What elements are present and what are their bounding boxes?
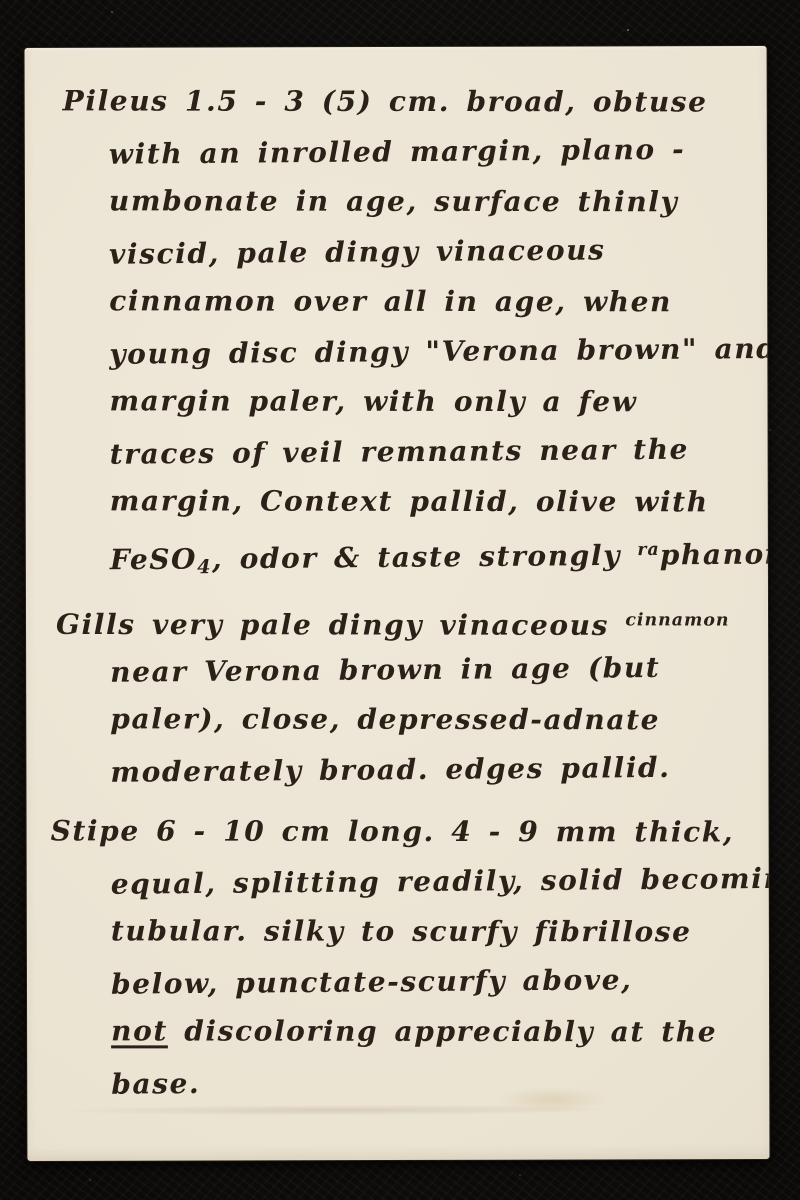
handwritten-line: near Verona brown in age (but: [110, 642, 760, 698]
line-feso4-odor: FeSO4, odor & taste strongly raphanoid.: [110, 524, 760, 580]
handwritten-line: moderately broad. edges pallid.: [110, 742, 760, 798]
underlined-word-not: not: [111, 1014, 168, 1047]
chemical-formula: FeSO: [110, 543, 197, 577]
handwritten-line: umbonate in age, surface thinly: [109, 176, 759, 227]
handwritten-line: tubular. silky to scurfy fibrillose: [111, 906, 761, 957]
handwritten-text: Gills very pale dingy vinaceous: [56, 608, 625, 642]
line-not-discoloring: not discoloring appreciably at the: [111, 1006, 761, 1057]
index-card: Pileus 1.5 - 3 (5) cm. broad, obtuse wit…: [25, 46, 770, 1161]
subscript-4: 4: [197, 556, 212, 578]
line-stipe-1: Stipe 6 - 10 cm long. 4 - 9 mm thick,: [51, 806, 761, 857]
handwritten-line: young disc dingy "Verona brown" and: [109, 324, 759, 380]
line-gills-1: Gills very pale dingy vinaceous cinnamon: [56, 594, 760, 645]
handwritten-text: , odor & taste strongly: [212, 539, 638, 576]
handwritten-line: traces of veil remnants near the: [109, 424, 759, 480]
handwritten-text: discoloring appreciably at the: [168, 1014, 717, 1048]
superscript-insertion: cinnamon: [625, 610, 729, 630]
handwritten-line: paler), close, depressed-adnate: [110, 694, 760, 745]
line-pileus-1: Pileus 1.5 - 3 (5) cm. broad, obtuse: [63, 76, 759, 127]
handwritten-line: viscid, pale dingy vinaceous: [109, 224, 759, 280]
handwritten-line: base.: [111, 1054, 761, 1110]
superscript-insertion: ra: [637, 540, 660, 560]
handwritten-line: below, punctate-scurfy above,: [111, 954, 761, 1010]
handwritten-line: margin, Context pallid, olive with: [110, 476, 760, 527]
handwritten-line: with an inrolled margin, plano -: [109, 124, 759, 180]
handwritten-line: margin paler, with only a few: [109, 376, 759, 427]
handwritten-notes: Pileus 1.5 - 3 (5) cm. broad, obtuse wit…: [63, 76, 762, 1108]
handwritten-line: cinnamon over all in age, when: [109, 276, 759, 327]
handwritten-text: phanoid.: [660, 537, 770, 571]
handwritten-line: equal, splitting readily, solid becoming: [111, 854, 761, 910]
